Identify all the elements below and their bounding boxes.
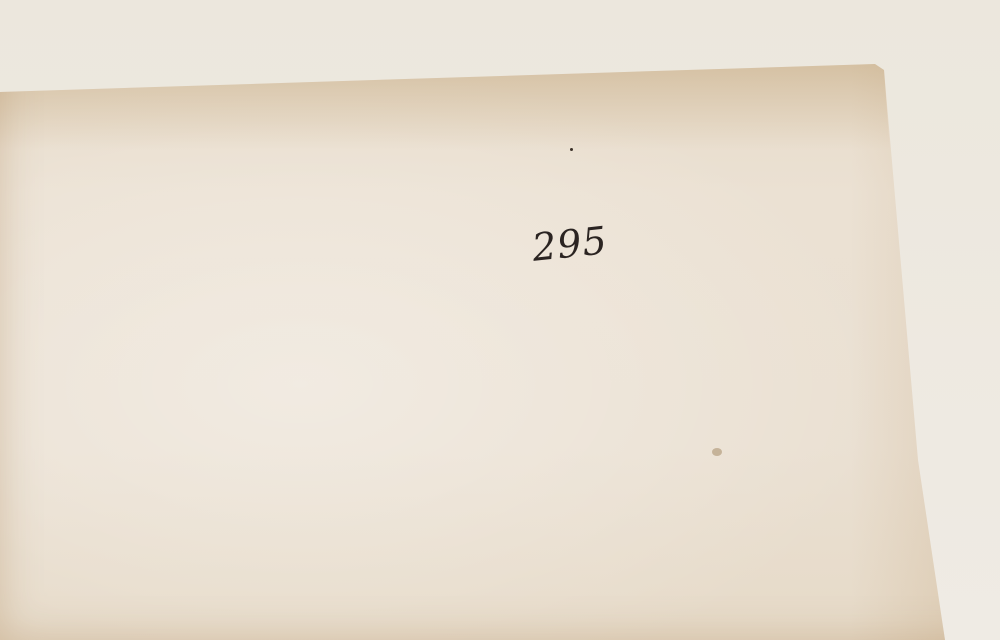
ink-dot bbox=[570, 148, 573, 151]
paper-edge-shadow bbox=[0, 0, 1000, 640]
page-number: 295 bbox=[530, 218, 610, 270]
paper-spot bbox=[712, 448, 722, 456]
